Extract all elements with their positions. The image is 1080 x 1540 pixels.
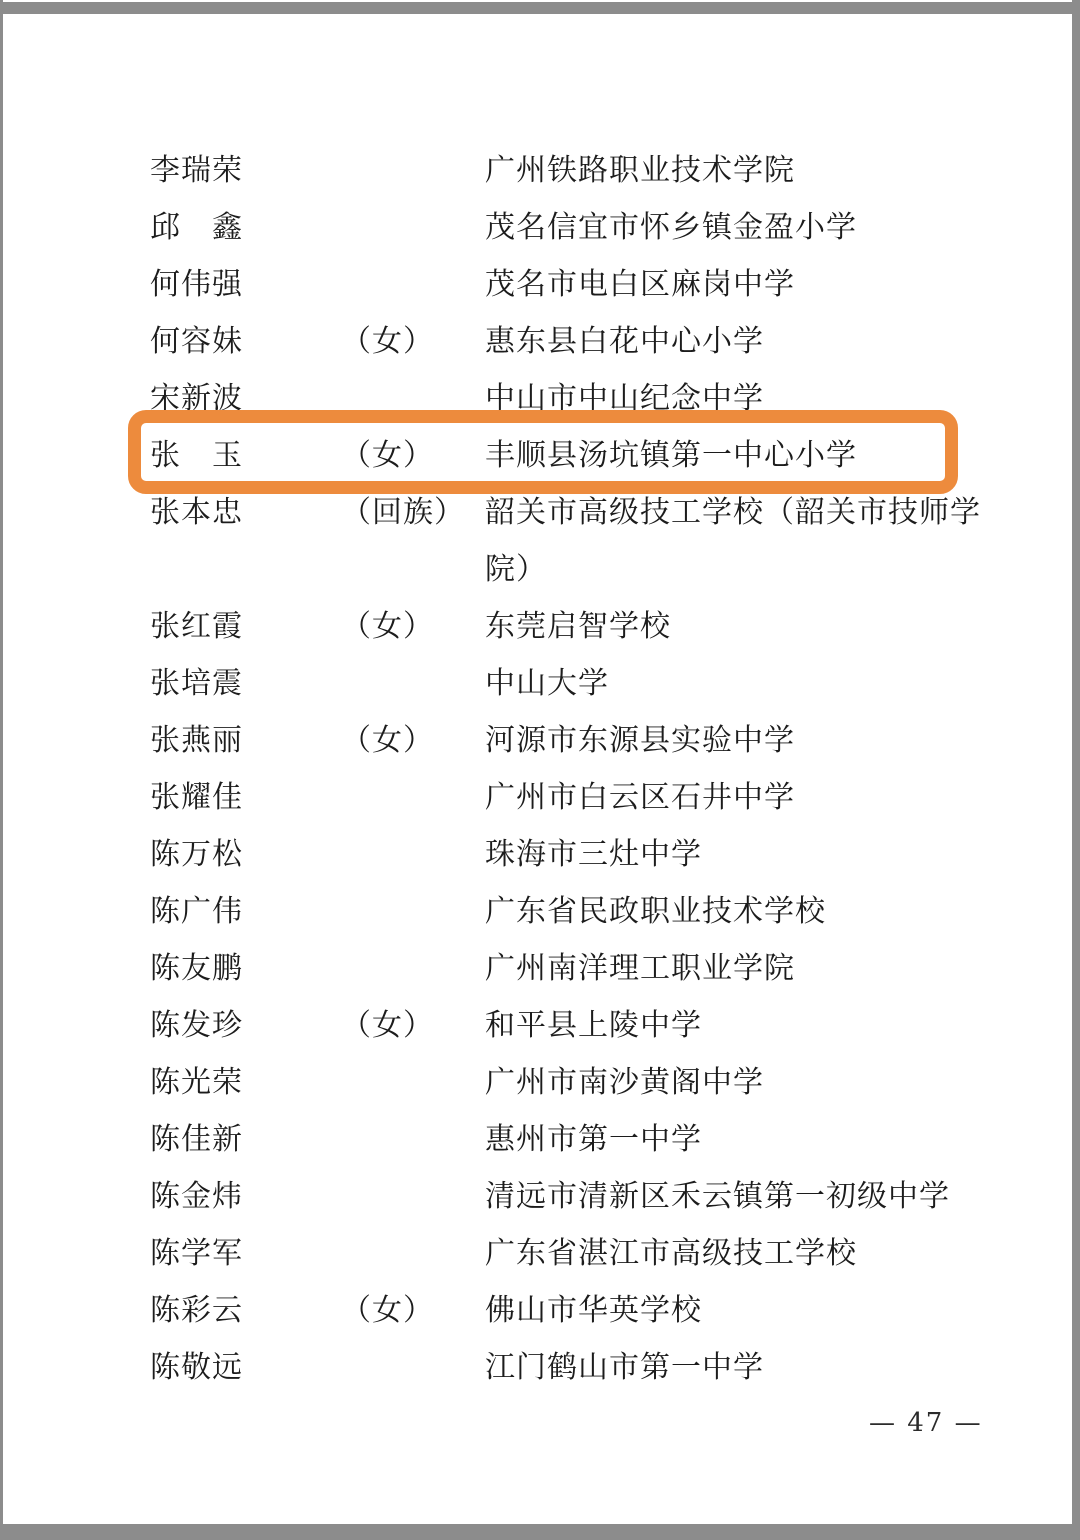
person-school: 丰顺县汤坑镇第一中心小学 (485, 427, 990, 484)
person-name: 宋新波 (150, 370, 341, 427)
person-school: 广州市白云区石井中学 (485, 769, 990, 826)
person-name: 陈佳新 (150, 1111, 341, 1168)
person-gender: （女） (341, 598, 485, 655)
person-school: 广东省湛江市高级技工学校 (485, 1225, 990, 1282)
person-school: 中山大学 (485, 655, 990, 712)
roster-row: 何伟强茂名市电白区麻岗中学 (150, 256, 1010, 313)
roster-row: 陈友鹏广州南洋理工职业学院 (150, 940, 1010, 997)
person-school: 韶关市高级技工学校（韶关市技师学院） (485, 484, 990, 598)
person-name: 陈广伟 (150, 883, 341, 940)
person-name: 陈发珍 (150, 997, 341, 1054)
person-name: 陈光荣 (150, 1054, 341, 1111)
roster-row: 陈光荣广州市南沙黄阁中学 (150, 1054, 1010, 1111)
person-gender: （女） (341, 1282, 485, 1339)
person-school: 中山市中山纪念中学 (485, 370, 990, 427)
person-school: 佛山市华英学校 (485, 1282, 990, 1339)
person-school: 惠东县白花中心小学 (485, 313, 990, 370)
person-name: 陈敬远 (150, 1339, 341, 1396)
person-gender: （女） (341, 427, 485, 484)
page-edge-left (0, 0, 3, 1540)
person-gender: （回族） (341, 484, 485, 541)
roster-row: 陈金炜清远市清新区禾云镇第一初级中学 (150, 1168, 1010, 1225)
roster-row: 陈敬远江门鹤山市第一中学 (150, 1339, 1010, 1396)
person-school: 茂名信宜市怀乡镇金盈小学 (485, 199, 990, 256)
person-name: 张本忠 (150, 484, 341, 541)
person-name: 陈彩云 (150, 1282, 341, 1339)
person-school: 广州铁路职业技术学院 (485, 142, 990, 199)
roster-row: 邱 鑫茂名信宜市怀乡镇金盈小学 (150, 199, 1010, 256)
person-name: 何容妹 (150, 313, 341, 370)
roster-row: 陈佳新惠州市第一中学 (150, 1111, 1010, 1168)
person-school: 珠海市三灶中学 (485, 826, 990, 883)
person-name: 张 玉 (150, 427, 341, 484)
roster-row: 张燕丽（女）河源市东源县实验中学 (150, 712, 1010, 769)
page-number: — 47 — (869, 1406, 983, 1440)
roster-row: 张 玉（女）丰顺县汤坑镇第一中心小学 (150, 427, 1010, 484)
roster-row: 陈广伟广东省民政职业技术学校 (150, 883, 1010, 940)
roster-list: 李瑞荣广州铁路职业技术学院邱 鑫茂名信宜市怀乡镇金盈小学何伟强茂名市电白区麻岗中… (150, 142, 1010, 1396)
roster-row: 张红霞（女）东莞启智学校 (150, 598, 1010, 655)
page-edge-right (1072, 0, 1080, 1540)
person-name: 张耀佳 (150, 769, 341, 826)
person-school: 和平县上陵中学 (485, 997, 990, 1054)
roster-row: 宋新波中山市中山纪念中学 (150, 370, 1010, 427)
roster-row: 陈彩云（女）佛山市华英学校 (150, 1282, 1010, 1339)
page-edge-top (3, 2, 1080, 14)
person-name: 邱 鑫 (150, 199, 341, 256)
person-name: 张红霞 (150, 598, 341, 655)
person-name: 陈金炜 (150, 1168, 341, 1225)
person-school: 广东省民政职业技术学校 (485, 883, 990, 940)
roster-row: 陈发珍（女）和平县上陵中学 (150, 997, 1010, 1054)
roster-row: 张培震中山大学 (150, 655, 1010, 712)
person-school: 茂名市电白区麻岗中学 (485, 256, 990, 313)
page-edge-bottom (0, 1524, 1080, 1540)
person-school: 广州南洋理工职业学院 (485, 940, 990, 997)
person-school: 江门鹤山市第一中学 (485, 1339, 990, 1396)
roster-row: 张本忠（回族）韶关市高级技工学校（韶关市技师学院） (150, 484, 1010, 598)
roster-row: 陈万松珠海市三灶中学 (150, 826, 1010, 883)
person-gender: （女） (341, 712, 485, 769)
person-name: 何伟强 (150, 256, 341, 313)
person-name: 陈学军 (150, 1225, 341, 1282)
person-school: 广州市南沙黄阁中学 (485, 1054, 990, 1111)
roster-row: 陈学军广东省湛江市高级技工学校 (150, 1225, 1010, 1282)
person-name: 张培震 (150, 655, 341, 712)
person-gender: （女） (341, 313, 485, 370)
roster-row: 李瑞荣广州铁路职业技术学院 (150, 142, 1010, 199)
roster-row: 何容妹（女）惠东县白花中心小学 (150, 313, 1010, 370)
person-name: 陈万松 (150, 826, 341, 883)
person-school: 河源市东源县实验中学 (485, 712, 990, 769)
person-school: 东莞启智学校 (485, 598, 990, 655)
person-school: 惠州市第一中学 (485, 1111, 990, 1168)
person-name: 陈友鹏 (150, 940, 341, 997)
document-page: 李瑞荣广州铁路职业技术学院邱 鑫茂名信宜市怀乡镇金盈小学何伟强茂名市电白区麻岗中… (3, 14, 1072, 1524)
person-school: 清远市清新区禾云镇第一初级中学 (485, 1168, 990, 1225)
person-name: 张燕丽 (150, 712, 341, 769)
person-gender: （女） (341, 997, 485, 1054)
person-name: 李瑞荣 (150, 142, 341, 199)
roster-row: 张耀佳广州市白云区石井中学 (150, 769, 1010, 826)
